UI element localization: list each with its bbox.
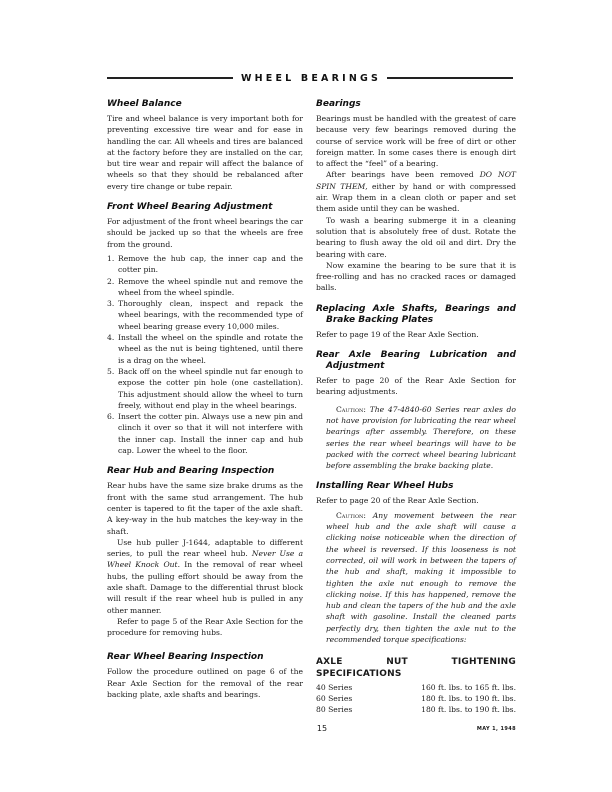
torque-cell: 180 ft. lbs. to 190 ft. lbs.	[371, 693, 516, 704]
step-number: 4.	[107, 332, 118, 366]
rear-hub-paragraph-2: Use hub puller J-1644, adaptable to diff…	[107, 537, 303, 616]
left-column: Wheel Balance Tire and wheel balance is …	[107, 99, 303, 700]
heading-rear-axle-lubrication: Rear Axle Bearing Lubrication and Adjust…	[316, 350, 516, 372]
bearings-paragraph-3: To wash a bearing submerge it in a clean…	[316, 215, 516, 260]
heading-wheel-balance: Wheel Balance	[107, 99, 303, 110]
page-number: 15	[317, 724, 327, 733]
heading-installing-rear-hubs: Installing Rear Wheel Hubs	[316, 481, 516, 492]
caution-label: Caution:	[336, 405, 366, 414]
caution-text: Any movement between the rear wheel hub …	[326, 511, 516, 644]
step-number: 6.	[107, 411, 118, 456]
section-replacing-axle-shafts: Replacing Axle Shafts, Bearings and Brak…	[316, 304, 516, 340]
step-text: Remove the hub cap, the inner cap and th…	[118, 253, 303, 276]
section-installing-rear-hubs: Installing Rear Wheel Hubs Refer to page…	[316, 481, 516, 645]
torque-cell: 180 ft. lbs. to 190 ft. lbs.	[371, 704, 516, 715]
bearings-p2-text: After bearings have been removed	[326, 170, 480, 179]
header-rule-right	[387, 77, 513, 78]
step-item: 4.Install the wheel on the spindle and r…	[107, 332, 303, 366]
replacing-text: Refer to page 19 of the Rear Axle Sectio…	[316, 329, 516, 340]
table-row: 80 Series180 ft. lbs. to 190 ft. lbs.	[316, 704, 516, 715]
step-number: 5.	[107, 366, 118, 411]
section-bearings: Bearings Bearings must be handled with t…	[316, 99, 516, 294]
step-text: Install the wheel on the spindle and rot…	[118, 332, 303, 366]
step-number: 2.	[107, 276, 118, 299]
step-text: Remove the wheel spindle nut and remove …	[118, 276, 303, 299]
bearings-paragraph-2: After bearings have been removed DO NOT …	[316, 169, 516, 214]
step-item: 2.Remove the wheel spindle nut and remov…	[107, 276, 303, 299]
section-rear-hub-inspection: Rear Hub and Bearing Inspection Rear hub…	[107, 466, 303, 638]
step-number: 3.	[107, 298, 118, 332]
installing-text: Refer to page 20 of the Rear Axle Sectio…	[316, 495, 516, 506]
header-rule-left	[107, 77, 233, 78]
step-text: Back off on the wheel spindle nut far en…	[118, 366, 303, 411]
table-row: 40 Series160 ft. lbs. to 165 ft. lbs.	[316, 682, 516, 693]
step-text: Insert the cotter pin. Always use a new …	[118, 411, 303, 456]
heading-rear-wheel-bearing-inspection: Rear Wheel Bearing Inspection	[107, 652, 303, 663]
lubrication-text: Refer to page 20 of the Rear Axle Sectio…	[316, 375, 516, 398]
page-header: WHEEL BEARINGS	[107, 70, 513, 86]
step-item: 6.Insert the cotter pin. Always use a ne…	[107, 411, 303, 456]
section-wheel-balance: Wheel Balance Tire and wheel balance is …	[107, 99, 303, 192]
adjustment-steps: 1.Remove the hub cap, the inner cap and …	[107, 253, 303, 456]
series-cell: 40 Series	[316, 682, 371, 693]
step-text: Thoroughly clean, inspect and repack the…	[118, 298, 303, 332]
front-adjust-intro: For adjustment of the front wheel bearin…	[107, 216, 303, 250]
bearings-paragraph-4: Now examine the bearing to be sure that …	[316, 260, 516, 294]
installing-caution: Caution: Any movement between the rear w…	[316, 510, 516, 646]
heading-front-wheel-bearing-adjustment: Front Wheel Bearing Adjustment	[107, 202, 303, 213]
heading-replacing-axle-shafts: Replacing Axle Shafts, Bearings and Brak…	[316, 304, 516, 326]
wheel-balance-text: Tire and wheel balance is very important…	[107, 113, 303, 192]
lubrication-caution: Caution: The 47-4840-60 Series rear axle…	[316, 404, 516, 472]
caution-label: Caution:	[336, 511, 366, 520]
right-column: Bearings Bearings must be handled with t…	[316, 99, 516, 715]
step-item: 5.Back off on the wheel spindle nut far …	[107, 366, 303, 411]
section-rear-wheel-bearing-inspection: Rear Wheel Bearing Inspection Follow the…	[107, 652, 303, 700]
caution-text: The 47-4840-60 Series rear axles do not …	[326, 405, 516, 470]
rear-hub-paragraph-1: Rear hubs have the same size brake drums…	[107, 480, 303, 536]
step-number: 1.	[107, 253, 118, 276]
rear-wheel-inspection-text: Follow the procedure outlined on page 6 …	[107, 666, 303, 700]
step-item: 1.Remove the hub cap, the inner cap and …	[107, 253, 303, 276]
series-cell: 80 Series	[316, 704, 371, 715]
specs-title: AXLE NUT TIGHTENING SPECIFICATIONS	[316, 657, 516, 680]
publication-date: MAY 1, 1948	[477, 726, 516, 732]
torque-cell: 160 ft. lbs. to 165 ft. lbs.	[371, 682, 516, 693]
section-rear-axle-lubrication: Rear Axle Bearing Lubrication and Adjust…	[316, 350, 516, 471]
heading-rear-hub-inspection: Rear Hub and Bearing Inspection	[107, 466, 303, 477]
section-front-wheel-bearing-adjustment: Front Wheel Bearing Adjustment For adjus…	[107, 202, 303, 456]
rear-hub-paragraph-3: Refer to page 5 of the Rear Axle Section…	[107, 616, 303, 639]
heading-bearings: Bearings	[316, 99, 516, 110]
specs-table: 40 Series160 ft. lbs. to 165 ft. lbs. 60…	[316, 682, 516, 715]
bearings-paragraph-1: Bearings must be handled with the greate…	[316, 113, 516, 169]
table-row: 60 Series180 ft. lbs. to 190 ft. lbs.	[316, 693, 516, 704]
series-cell: 60 Series	[316, 693, 371, 704]
section-axle-nut-specs: AXLE NUT TIGHTENING SPECIFICATIONS 40 Se…	[316, 657, 516, 715]
page-title: WHEEL BEARINGS	[233, 73, 387, 84]
step-item: 3.Thoroughly clean, inspect and repack t…	[107, 298, 303, 332]
